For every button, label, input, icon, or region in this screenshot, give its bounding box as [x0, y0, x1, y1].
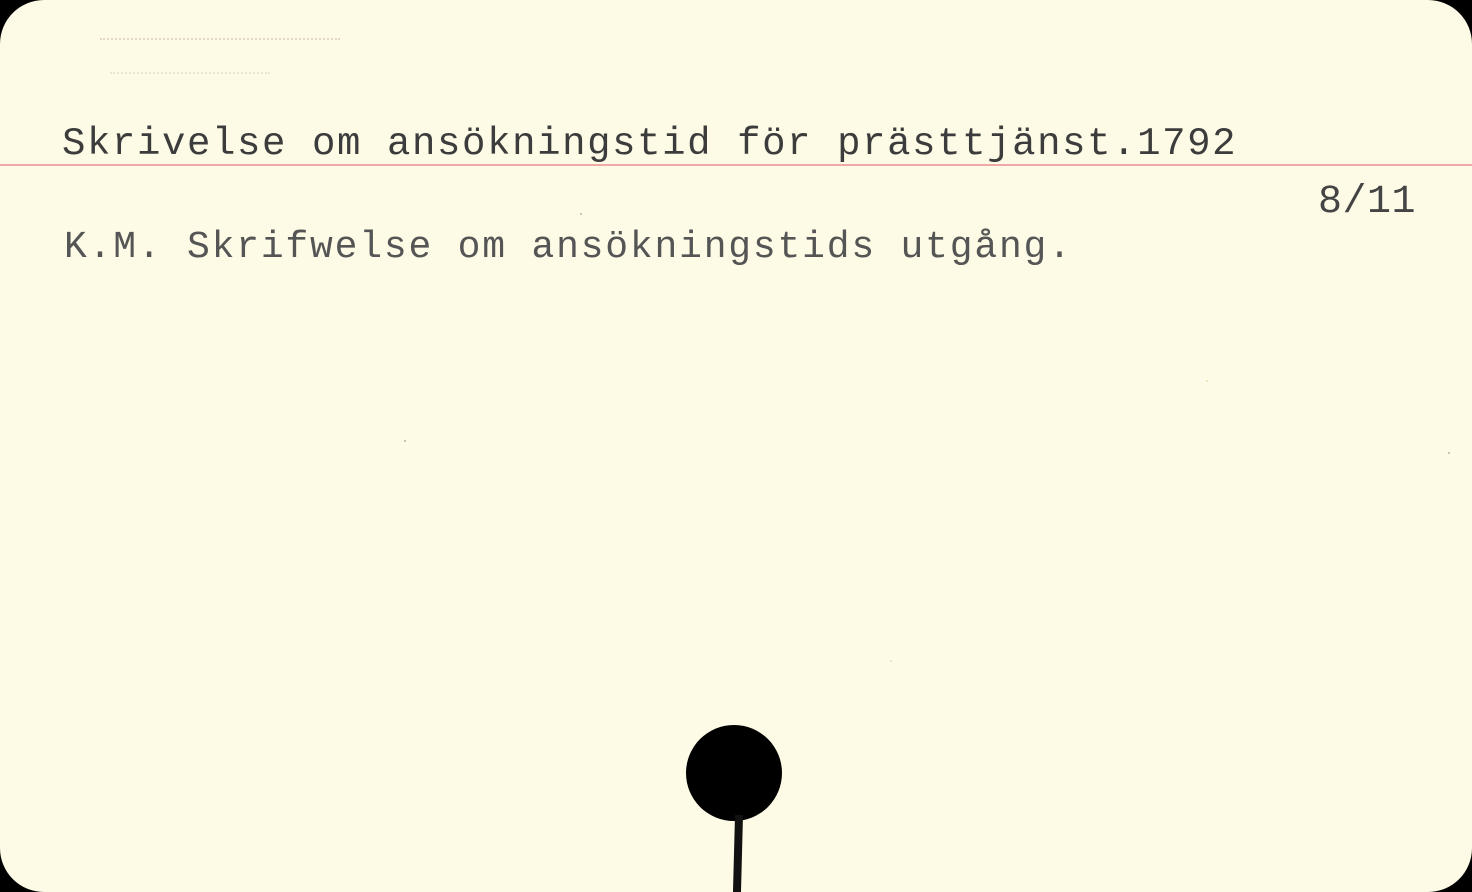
card-description: K.M. Skrifwelse om ansökningstids utgång… — [64, 220, 1073, 276]
card-date: 8/11 — [1318, 178, 1416, 228]
paper-speck — [1448, 452, 1450, 454]
card-title: Skrivelse om ansökningstid för prästtjän… — [62, 122, 1137, 166]
paper-speck — [890, 660, 892, 662]
punch-hole — [686, 725, 782, 821]
paper-speck — [580, 213, 582, 215]
filing-rod — [733, 815, 743, 892]
faint-header-marks-secondary — [110, 72, 270, 76]
card-title-line: Skrivelse om ansökningstid för prästtjän… — [62, 116, 1237, 172]
paper-speck — [1206, 380, 1208, 382]
faint-header-marks — [100, 38, 340, 44]
card-year: 1792 — [1137, 122, 1237, 166]
index-card: Skrivelse om ansökningstid för prästtjän… — [0, 0, 1472, 892]
paper-speck — [404, 440, 406, 442]
